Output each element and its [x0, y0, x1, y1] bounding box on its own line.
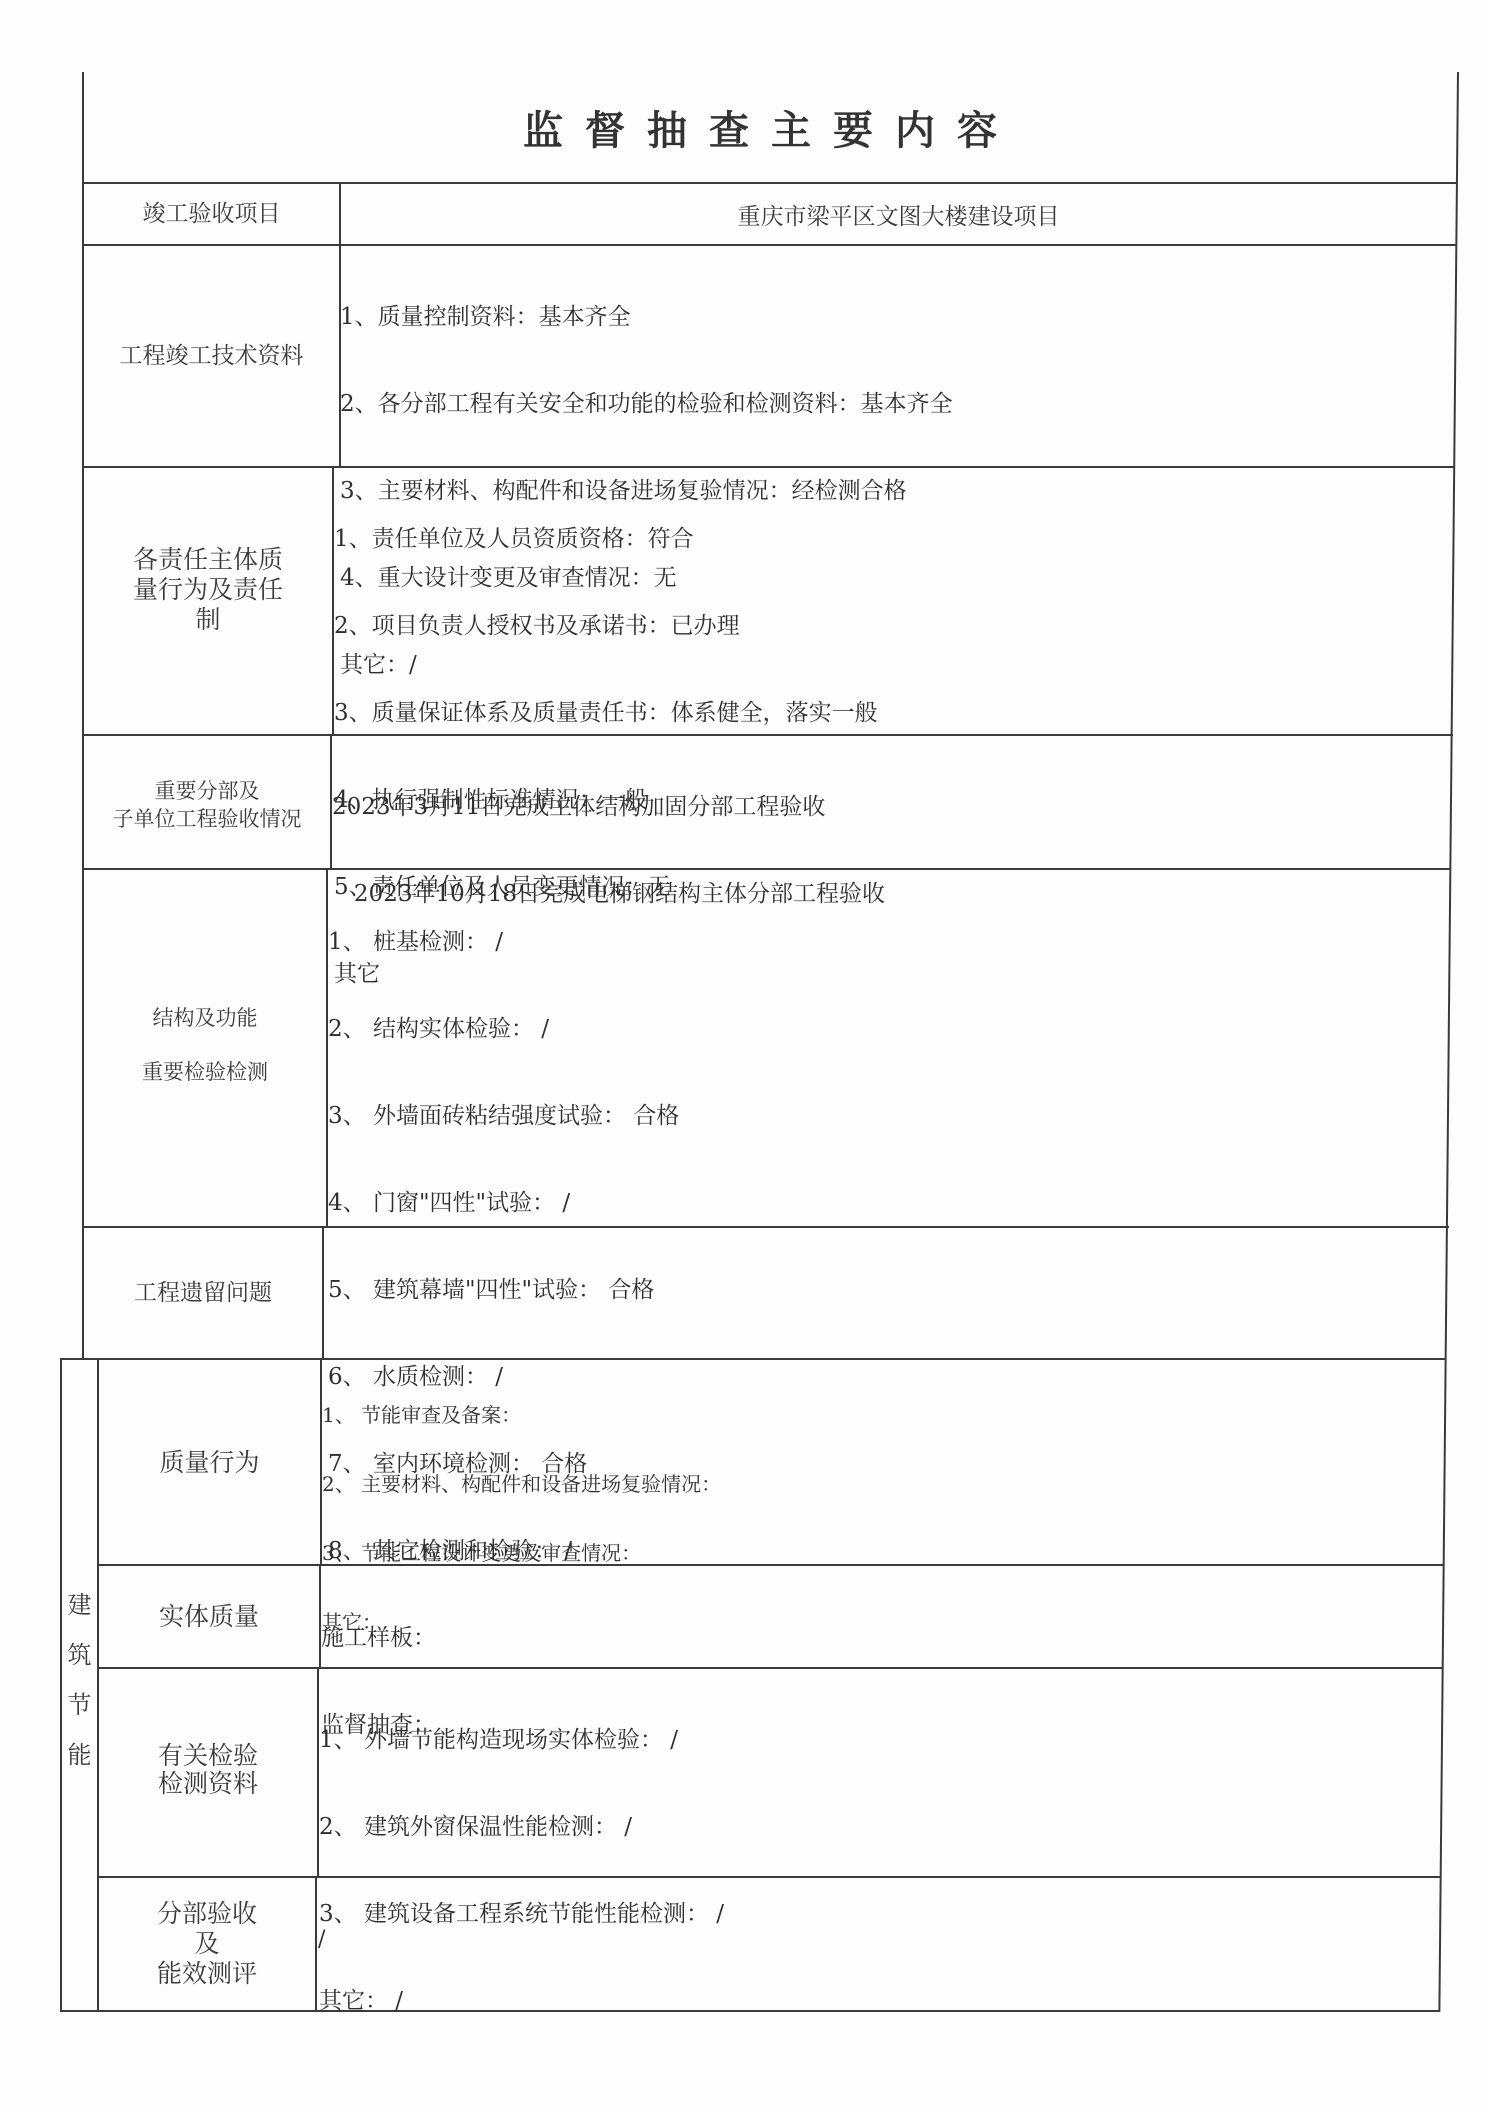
energy-group-char: 能: [68, 1730, 92, 1780]
tech-docs-label: 工程竣工技术资料: [84, 246, 339, 466]
document-page: 监督抽查主要内容 竣工验收项目 重庆市梁平区文图大楼建设项目 工程竣工技术资料 …: [0, 0, 1488, 2106]
responsibility-line: 2、项目负责人授权书及承诺书：已办理: [334, 612, 878, 641]
document-title: 监督抽查主要内容: [84, 72, 1458, 182]
quality-behavior-line: 1、 节能审查及备案：: [322, 1404, 721, 1427]
structure-tests-line: 4、 门窗"四性"试验： /: [328, 1189, 679, 1218]
test-docs-line: 2、 建筑外窗保温性能检测： /: [319, 1813, 724, 1842]
project-value: 重庆市梁平区文图大楼建设项目: [341, 184, 1456, 244]
project-label: 竣工验收项目: [84, 184, 339, 244]
structure-tests-line: 5、 建筑幕墙"四性"试验： 合格: [328, 1276, 679, 1305]
structure-tests-line: 3、 外墙面砖粘结强度试验： 合格: [328, 1102, 679, 1131]
responsibility-line: 3、质量保证体系及质量责任书：体系健全，落实一般: [334, 699, 878, 728]
acceptance-eval-label: 分部验收 及 能效测评: [99, 1878, 315, 2010]
structure-tests-line: 2、 结构实体检验： /: [328, 1015, 679, 1044]
sub-acceptance-line: 2023年3月11日完成主体结构加固分部工程验收: [332, 793, 885, 822]
acceptance-eval-value: /: [318, 1925, 325, 1954]
energy-group-char: 建: [68, 1580, 92, 1630]
tech-docs-line: 2、各分部工程有关安全和功能的检验和检测资料：基本齐全: [340, 390, 953, 419]
test-docs-label: 有关检验 检测资料: [99, 1700, 317, 1840]
column-divider: [315, 1876, 317, 2011]
structure-tests-label: 结构及功能 重要检验检测: [84, 990, 326, 1100]
responsibility-label: 各责任主体质 量行为及责任 制: [84, 530, 332, 650]
quality-behavior-label: 质量行为: [99, 1360, 320, 1565]
test-docs-content: 1、 外墙节能构造现场实体检验： / 2、 建筑外窗保温性能检测： / 3、 建…: [319, 1668, 724, 2074]
energy-group-char: 筑: [68, 1630, 92, 1680]
test-docs-line: 其它： /: [319, 1987, 724, 2016]
sub-acceptance-label: 重要分部及 子单位工程验收情况: [84, 770, 330, 840]
quality-behavior-line: 3、 节能工程设计变更及审查情况：: [322, 1542, 721, 1565]
test-docs-line: 3、 建筑设备工程系统节能性能检测： /: [319, 1900, 724, 1929]
table-border-right: [1438, 72, 1459, 2012]
physical-quality-label: 实体质量: [99, 1566, 319, 1668]
test-docs-line: 1、 外墙节能构造现场实体检验： /: [319, 1726, 724, 1755]
responsibility-line: 1、责任单位及人员资质资格：符合: [334, 525, 878, 554]
quality-behavior-line: 2、 主要材料、构配件和设备进场复验情况：: [322, 1473, 721, 1496]
table-border-bottom: [60, 2010, 1440, 2012]
physical-quality-line: 施工样板：: [321, 1624, 436, 1653]
remaining-issues-label: 工程遗留问题: [84, 1228, 322, 1358]
energy-group-char: 节: [68, 1680, 92, 1730]
structure-tests-line: 1、 桩基检测： /: [328, 928, 679, 957]
tech-docs-line: 1、质量控制资料：基本齐全: [340, 303, 953, 332]
energy-group-label: 建 筑 节 能: [62, 1560, 97, 1800]
column-divider: [322, 1226, 324, 1359]
